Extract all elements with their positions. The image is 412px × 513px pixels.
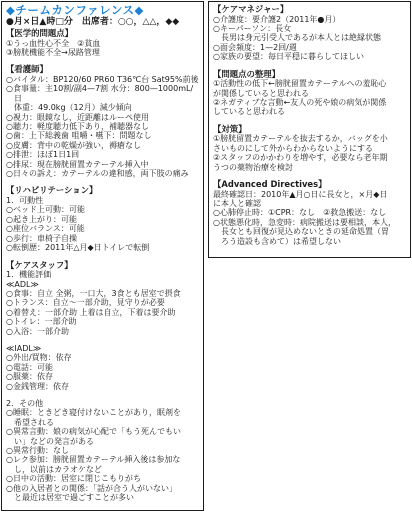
section-left_box-3: 【ケアスタッフ】1．機能評価≪ADL≫○食事：自立 全粥，一口大，3食とも居室で… <box>6 261 199 503</box>
text-line: ろう造設も含めて）は希望しない <box>213 237 406 246</box>
text-line: い」などの発言がある <box>6 437 199 446</box>
text-line: ○電話：可能 <box>6 363 199 372</box>
text-line: ○他の入居者との関係：「話が合う人がいない」 <box>6 484 199 493</box>
text-line: ○皮膚：背中の乾燥が強い，褥瘡なし <box>6 141 199 150</box>
text-line: ○歩行：車椅子自操 <box>6 234 199 243</box>
section-heading: 【看護師】 <box>6 65 199 75</box>
text-line: さいものにして外からわからないようにする <box>213 144 406 153</box>
text-line: ○視力：眼鏡なし，近距離はルーペ使用 <box>6 113 199 122</box>
text-line: ○着替え：一部介助 上着は自立，下着は要介助 <box>6 308 199 317</box>
text-line: ○入浴：一部介助 <box>6 327 199 336</box>
section-heading: 【Advanced Directives】 <box>213 180 406 190</box>
text-line: ○睡眠：ときどき寝付けないことがあり，眠剤を <box>6 408 199 417</box>
section-heading: 【医学的問題点】 <box>6 29 199 39</box>
section-left_box-2: 【リハビリテーション】1．可動性○ベッド上可動：可能○起き上がり：可能○座位バラ… <box>6 186 199 252</box>
text-line: ○排尿：現在膀胱留置カテーテル挿入中 <box>6 160 199 169</box>
scanned-conference-document: { "document": { "title": "◆チームカンファレンス◆",… <box>0 0 412 513</box>
text-line: 長女とも回復が見込めないときの延命処置（胃 <box>213 227 406 236</box>
text-line: ①うっ血性心不全 ②貧血 <box>6 39 199 48</box>
text-line: ○トランス：自立～一部介助，見守りが必要 <box>6 298 199 307</box>
section-heading: 【ケアスタッフ】 <box>6 261 199 271</box>
text-line: ○歯：上下総義歯 咀嚼・嚥下：問題なし <box>6 131 199 140</box>
text-line: ○家族の要望：毎日平穏に暮らしてほしい <box>213 52 406 61</box>
text-line: ○食事量：主10割/副4—7割 水分：800—1000mL/日 <box>6 84 199 103</box>
right-column: 【ケアマネジャー】○介護度：要介護2（2011年●月）○キーパーソン：長女 長男… <box>208 1 411 258</box>
text-line: ②ネガティブな言動←友人の死や娘の病気が関係 <box>213 98 406 107</box>
section-right_box-2: 【対策】①膀胱留置カテーテルを抜去するか，バッグを小さいものにして外からわからな… <box>213 125 406 172</box>
left-column: ◆チームカンファレンス◆ ●月×日▲時□分 出席者：○○，△△，◆◆ 【医学的問… <box>1 1 204 511</box>
text-line: ○起き上がり：可能 <box>6 215 199 224</box>
text-line: ○日々の訴え：カテーテルの違和感，両下肢の痛み <box>6 169 199 178</box>
text-line: ○介護度：要介護2（2011年●月） <box>213 15 406 24</box>
section-heading: 【対策】 <box>213 125 406 135</box>
text-line: が関係していると思われる <box>213 89 406 98</box>
text-line: ○排泄：ほぼ1日1回 <box>6 150 199 159</box>
section-right_box-3: 【Advanced Directives】最終確認日：2010年▲月○日に長女と… <box>213 180 406 246</box>
section-right_box-1: 【問題点の整理】①活動性の低下←膀胱留置カテーテルへの羞恥心が関係していると思わ… <box>213 70 406 117</box>
text-line: ○服薬：依存 <box>6 372 199 381</box>
text-line: ①活動性の低下←膀胱留置カテーテルへの羞恥心 <box>213 79 406 88</box>
text-line: ①膀胱留置カテーテルを抜去するか，バッグを小 <box>213 134 406 143</box>
blank-line-spacer <box>6 391 199 399</box>
text-line: 希望される <box>6 418 199 427</box>
text-line: ○心肺停止時：①CPR：なし ②救急搬送：なし <box>213 208 406 217</box>
text-line: ○面会頻度：1—2回/週 <box>213 43 406 52</box>
section-heading: 【問題点の整理】 <box>213 70 406 80</box>
text-line: ○バイタル：BP120/60 PR60 T36℃台 Sat95%前後 <box>6 75 199 84</box>
text-line: と最近は居室で過ごすことが多い <box>6 493 199 502</box>
text-line: ○座位バランス：可能 <box>6 224 199 233</box>
text-line: ○トイレ：一部介助 <box>6 317 199 326</box>
text-line: 1．機能評価 <box>6 270 199 279</box>
section-left_box-1: 【看護師】○バイタル：BP120/60 PR60 T36℃台 Sat95%前後○… <box>6 65 199 178</box>
text-line: ○状態悪化時，急変時：病院搬送は要相談，本人， <box>213 218 406 227</box>
section-heading: 【ケアマネジャー】 <box>213 5 406 15</box>
text-line: ≪IADL≫ <box>6 344 199 353</box>
text-line: ○異常言動：娘の病気が心配で「もう死んでもい <box>6 427 199 436</box>
text-line: 2．その他 <box>6 399 199 408</box>
blank-line-spacer <box>6 336 199 344</box>
text-line: し，以前はカラオケなど <box>6 465 199 474</box>
right-sections-container: 【ケアマネジャー】○介護度：要介護2（2011年●月）○キーパーソン：長女 長男… <box>213 5 406 246</box>
text-line: ○日中の活動：居室に閉じこもりがち <box>6 474 199 483</box>
text-line: 体重：49.0kg（12月）減少傾向 <box>6 103 199 112</box>
text-line: ○レク参加：膀胱留置カテーテル挿入後は参加な <box>6 455 199 464</box>
text-line: ○食事：自立 全粥，一口大，3食とも居室で摂食 <box>6 289 199 298</box>
section-heading: 【リハビリテーション】 <box>6 186 199 196</box>
text-line: ≪ADL≫ <box>6 280 199 289</box>
text-line: うつの薬物治療を検討 <box>213 163 406 172</box>
text-line: ○異常行動：なし <box>6 446 199 455</box>
text-line: していると思われる <box>213 107 406 116</box>
text-line: 長男は身元引受人であるが本人とは絶縁状態 <box>213 33 406 42</box>
text-line: ○ベッド上可動：可能 <box>6 205 199 214</box>
doc-title: ◆チームカンファレンス◆ <box>6 4 199 17</box>
text-line: ○転倒歴：2011年△月◆日トイレで転倒 <box>6 243 199 252</box>
section-right_box-0: 【ケアマネジャー】○介護度：要介護2（2011年●月）○キーパーソン：長女 長男… <box>213 5 406 62</box>
text-line: ○金銭管理：依存 <box>6 382 199 391</box>
text-line: ③膀胱機能不全→尿路管理 <box>6 48 199 57</box>
section-left_box-0: 【医学的問題点】①うっ血性心不全 ②貧血③膀胱機能不全→尿路管理 <box>6 29 199 57</box>
text-line: ○キーパーソン：長女 <box>213 24 406 33</box>
left-sections-container: 【医学的問題点】①うっ血性心不全 ②貧血③膀胱機能不全→尿路管理【看護師】○バイ… <box>6 29 199 502</box>
text-line: ②スタッフのかかわりを増やす，必要なら老年期 <box>213 153 406 162</box>
meeting-info-line: ●月×日▲時□分 出席者：○○，△△，◆◆ <box>6 17 199 28</box>
text-line: 最終確認日：2010年▲月○日に長女と，×月◆日 <box>213 190 406 199</box>
text-line: ○外出/買物：依存 <box>6 353 199 362</box>
